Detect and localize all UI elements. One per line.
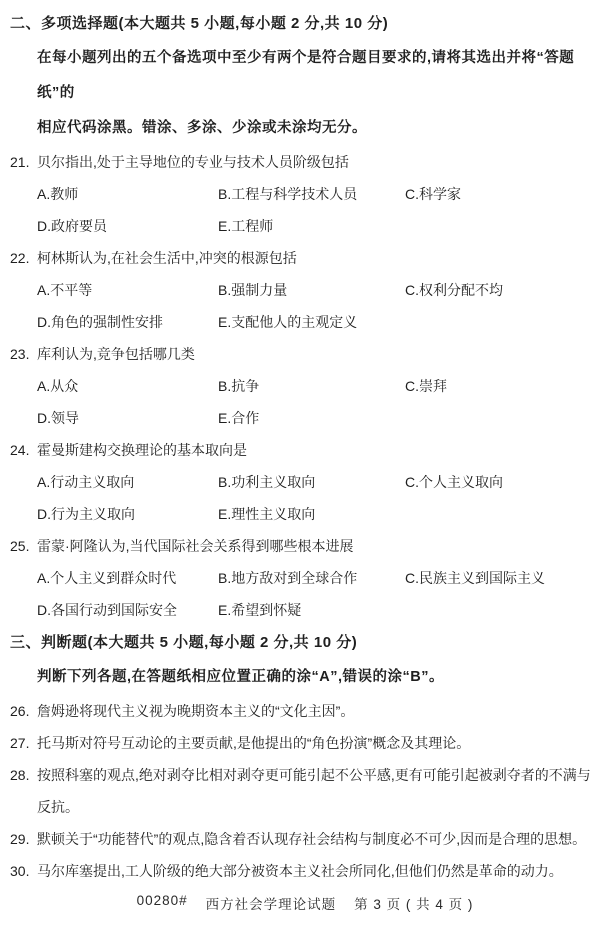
question-28: 28.按照科塞的观点,绝对剥夺比相对剥夺更可能引起不公平感,更有可能引起被剥夺者… xyxy=(10,759,600,823)
exam-page: 二、多项选择题(本大题共 5 小题,每小题 2 分,共 10 分) 在每小题列出… xyxy=(0,0,610,929)
option-c: C.权利分配不均 xyxy=(405,274,600,306)
option-d: D.角色的强制性安排 xyxy=(37,306,218,338)
question-24-options-row-1: A.行动主义取向 B.功利主义取向 C.个人主义取向 xyxy=(10,466,600,498)
option-b: B.功利主义取向 xyxy=(218,466,405,498)
option-b: B.强制力量 xyxy=(218,274,405,306)
option-d: D.各国行动到国际安全 xyxy=(37,594,218,626)
question-text: 贝尔指出,处于主导地位的专业与技术人员阶级包括 xyxy=(37,154,349,170)
question-22: 22.柯林斯认为,在社会生活中,冲突的根源包括 xyxy=(10,242,600,274)
question-number: 21. xyxy=(10,146,37,178)
question-number: 22. xyxy=(10,242,37,274)
option-e: E.支配他人的主观定义 xyxy=(218,306,405,338)
question-25-options-row-2: D.各国行动到国际安全 E.希望到怀疑 xyxy=(10,594,600,626)
question-text: 霍曼斯建构交换理论的基本取向是 xyxy=(37,442,247,458)
option-b: B.工程与科学技术人员 xyxy=(218,178,405,210)
option-c: C.科学家 xyxy=(405,178,600,210)
question-30: 30.马尔库塞提出,工人阶级的绝大部分被资本主义社会所同化,但他们仍然是革命的动… xyxy=(10,855,600,887)
option-e: E.理性主义取向 xyxy=(218,498,405,530)
question-number: 25. xyxy=(10,530,37,562)
question-number: 28. xyxy=(10,759,37,791)
option-b: B.抗争 xyxy=(218,370,405,402)
mcq-instruction-line-1: 在每小题列出的五个备选项中至少有两个是符合题目要求的,请将其选出并将“答题纸”的 xyxy=(10,41,600,111)
question-number: 30. xyxy=(10,855,37,887)
question-22-options-row-2: D.角色的强制性安排 E.支配他人的主观定义 xyxy=(10,306,600,338)
question-29: 29.默顿关于“功能替代”的观点,隐含着否认现存社会结构与制度必不可少,因而是合… xyxy=(10,823,600,855)
question-27: 27.托马斯对符号互动论的主要贡献,是他提出的“角色扮演”概念及其理论。 xyxy=(10,727,600,759)
question-text: 柯林斯认为,在社会生活中,冲突的根源包括 xyxy=(37,250,297,266)
mcq-instruction-line-2: 相应代码涂黑。错涂、多涂、少涂或未涂均无分。 xyxy=(10,111,600,146)
option-a: A.行动主义取向 xyxy=(37,466,218,498)
option-d: D.政府要员 xyxy=(37,210,218,242)
question-24: 24.霍曼斯建构交换理论的基本取向是 xyxy=(10,434,600,466)
question-22-options-row-1: A.不平等 B.强制力量 C.权利分配不均 xyxy=(10,274,600,306)
question-text: 雷蒙·阿隆认为,当代国际社会关系得到哪些根本进展 xyxy=(37,538,354,554)
exam-title: 西方社会学理论试题 xyxy=(206,893,337,913)
option-e: E.工程师 xyxy=(218,210,405,242)
mcq-section-title: 二、多项选择题(本大题共 5 小题,每小题 2 分,共 10 分) xyxy=(10,7,600,41)
page-footer: 00280# 西方社会学理论试题 第 3 页 ( 共 4 页 ) xyxy=(0,893,610,913)
tf-instruction: 判断下列各题,在答题纸相应位置正确的涂“A”,错误的涂“B”。 xyxy=(10,660,600,695)
question-25: 25.雷蒙·阿隆认为,当代国际社会关系得到哪些根本进展 xyxy=(10,530,600,562)
question-number: 23. xyxy=(10,338,37,370)
tf-section-title: 三、判断题(本大题共 5 小题,每小题 2 分,共 10 分) xyxy=(10,626,600,660)
option-b: B.地方敌对到全球合作 xyxy=(218,562,405,594)
question-23-options-row-2: D.领导 E.合作 xyxy=(10,402,600,434)
option-c: C.崇拜 xyxy=(405,370,600,402)
question-text: 托马斯对符号互动论的主要贡献,是他提出的“角色扮演”概念及其理论。 xyxy=(37,735,470,751)
question-number: 27. xyxy=(10,727,37,759)
option-c: C.民族主义到国际主义 xyxy=(405,562,600,594)
question-number: 26. xyxy=(10,695,37,727)
question-26: 26.詹姆逊将现代主义视为晚期资本主义的“文化主因”。 xyxy=(10,695,600,727)
question-text: 詹姆逊将现代主义视为晚期资本主义的“文化主因”。 xyxy=(37,703,354,719)
question-25-options-row-1: A.个人主义到群众时代 B.地方敌对到全球合作 C.民族主义到国际主义 xyxy=(10,562,600,594)
option-a: A.个人主义到群众时代 xyxy=(37,562,218,594)
question-text: 库利认为,竞争包括哪几类 xyxy=(37,346,195,362)
question-number: 29. xyxy=(10,823,37,855)
question-text: 马尔库塞提出,工人阶级的绝大部分被资本主义社会所同化,但他们仍然是革命的动力。 xyxy=(37,863,563,879)
option-a: A.不平等 xyxy=(37,274,218,306)
option-d: D.行为主义取向 xyxy=(37,498,218,530)
option-d: D.领导 xyxy=(37,402,218,434)
question-21-options-row-2: D.政府要员 E.工程师 xyxy=(10,210,600,242)
exam-code: 00280# xyxy=(137,893,188,913)
option-c: C.个人主义取向 xyxy=(405,466,600,498)
question-number: 24. xyxy=(10,434,37,466)
option-a: A.从众 xyxy=(37,370,218,402)
option-e: E.合作 xyxy=(218,402,405,434)
option-e: E.希望到怀疑 xyxy=(218,594,405,626)
question-24-options-row-2: D.行为主义取向 E.理性主义取向 xyxy=(10,498,600,530)
option-a: A.教师 xyxy=(37,178,218,210)
question-21: 21.贝尔指出,处于主导地位的专业与技术人员阶级包括 xyxy=(10,146,600,178)
question-23-options-row-1: A.从众 B.抗争 C.崇拜 xyxy=(10,370,600,402)
question-text: 默顿关于“功能替代”的观点,隐含着否认现存社会结构与制度必不可少,因而是合理的思… xyxy=(37,831,586,847)
question-text: 按照科塞的观点,绝对剥夺比相对剥夺更可能引起不公平感,更有可能引起被剥夺者的不满… xyxy=(37,767,591,815)
question-21-options-row-1: A.教师 B.工程与科学技术人员 C.科学家 xyxy=(10,178,600,210)
question-23: 23.库利认为,竞争包括哪几类 xyxy=(10,338,600,370)
page-number: 第 3 页 ( 共 4 页 ) xyxy=(354,893,473,913)
